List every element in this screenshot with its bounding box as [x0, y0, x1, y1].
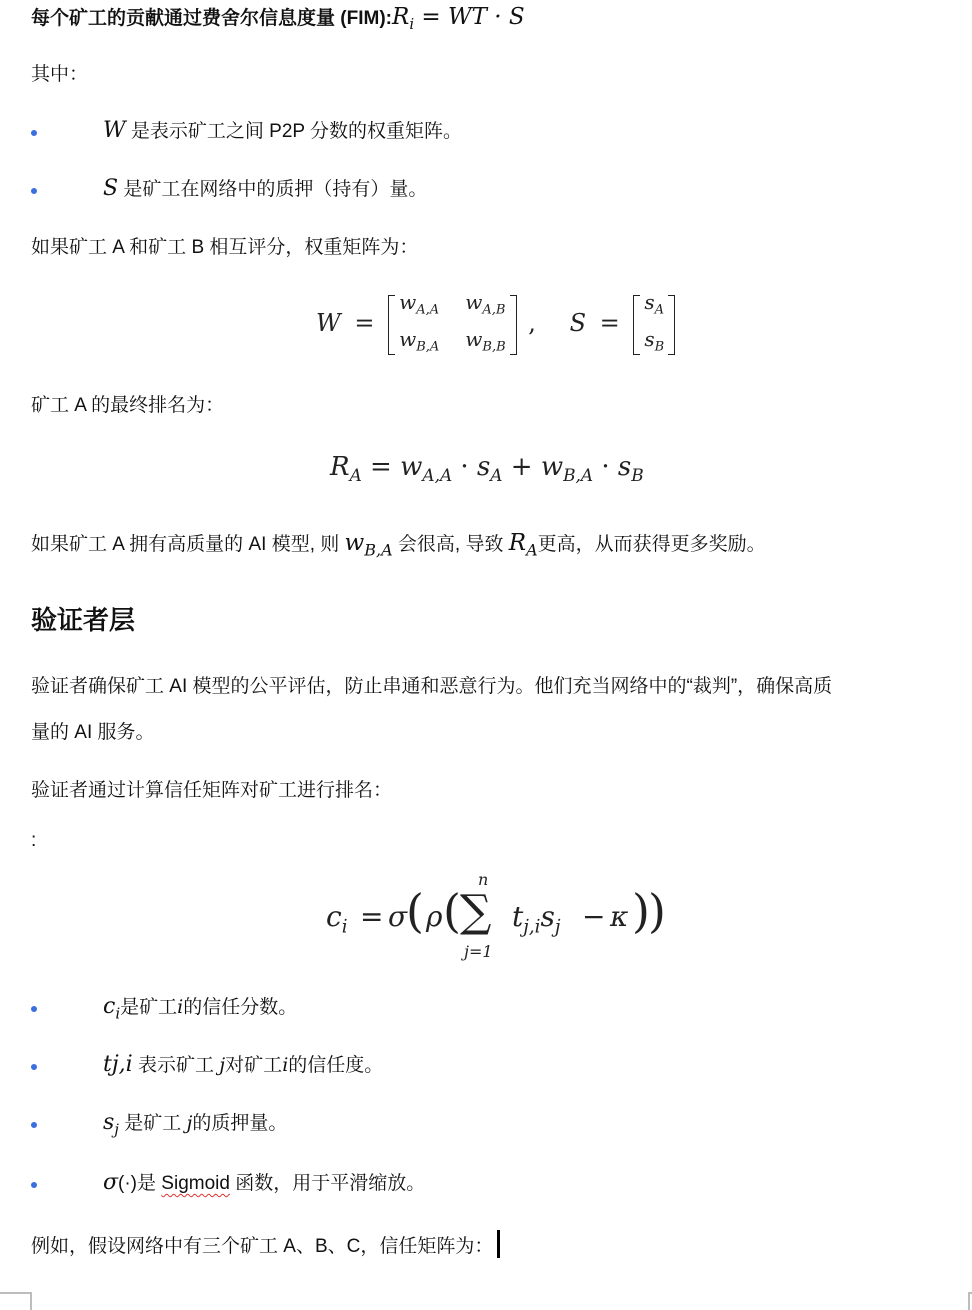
- bullet-dot-icon: [31, 1122, 37, 1128]
- fim-formula: Ri = WT · S: [392, 4, 525, 30]
- bullet-dot-icon: [31, 1064, 37, 1070]
- section-heading[interactable]: 验证者层: [31, 604, 135, 636]
- final-rank-text[interactable]: 矿工 A 的最终排名为：: [31, 393, 224, 419]
- bullet-sigma[interactable]: σ(·)是 Sigmoid 函数，用于平滑缩放。: [103, 1170, 425, 1197]
- bullet-dot-icon: [31, 130, 37, 136]
- bullet-dot-icon: [31, 1182, 37, 1188]
- s-vector: sA sB: [633, 290, 675, 359]
- fim-line[interactable]: 每个矿工的贡献通过费舍尔信息度量 (FIM):Ri = WT · S: [31, 4, 525, 37]
- matrix-equation: W = wA,A wA,B wB,A wB,B , S = sA sB: [316, 290, 675, 359]
- where-label[interactable]: 其中：: [31, 62, 88, 88]
- spellcheck-underline: Sigmoid: [161, 1173, 230, 1194]
- bullet-sj[interactable]: sj 是矿工 j的质押量。: [103, 1110, 287, 1142]
- bullet-ci[interactable]: ci是矿工i的信任分数。: [103, 994, 297, 1026]
- example-text[interactable]: 例如，假设网络中有三个矿工 A、B、C，信任矩阵为：: [31, 1230, 500, 1260]
- bullet-tji[interactable]: tj,i 表示矿工 j对矿工i的信任度。: [103, 1052, 383, 1079]
- bullet-w[interactable]: W 是表示矿工之间 P2P 分数的权重矩阵。: [103, 118, 462, 145]
- rank-equation: RA = wA,A · sA + wB,A · sB: [330, 452, 644, 485]
- text-cursor: [497, 1230, 500, 1258]
- fim-text: 每个矿工的贡献通过费舍尔信息度量 (FIM):: [31, 8, 392, 29]
- stray-colon[interactable]: :: [31, 828, 36, 854]
- page-corner-mark-right: [968, 1292, 972, 1310]
- page-corner-mark-left: [0, 1292, 32, 1310]
- document-page: 每个矿工的贡献通过费舍尔信息度量 (FIM):Ri = WT · S 其中： W…: [0, 0, 972, 1310]
- bullet-dot-icon: [31, 1006, 37, 1012]
- high-quality-text[interactable]: 如果矿工 A 拥有高质量的 AI 模型, 则 wB,A 会很高, 导致 RA更高…: [31, 530, 766, 564]
- trust-matrix-text[interactable]: 验证者通过计算信任矩阵对矿工进行排名：: [31, 778, 392, 804]
- validator-para-line1[interactable]: 验证者确保矿工 AI 模型的公平评估，防止串通和恶意行为。他们充当网络中的“裁判…: [31, 674, 832, 700]
- validator-para-line2[interactable]: 量的 AI 服务。: [31, 720, 155, 746]
- mutual-rating-text[interactable]: 如果矿工 A 和矿工 B 相互评分，权重矩阵为：: [31, 235, 418, 261]
- bullet-dot-icon: [31, 188, 37, 194]
- bullet-s[interactable]: S 是矿工在网络中的质押（持有）量。: [103, 176, 427, 203]
- w-matrix: wA,A wA,B wB,A wB,B: [388, 290, 517, 359]
